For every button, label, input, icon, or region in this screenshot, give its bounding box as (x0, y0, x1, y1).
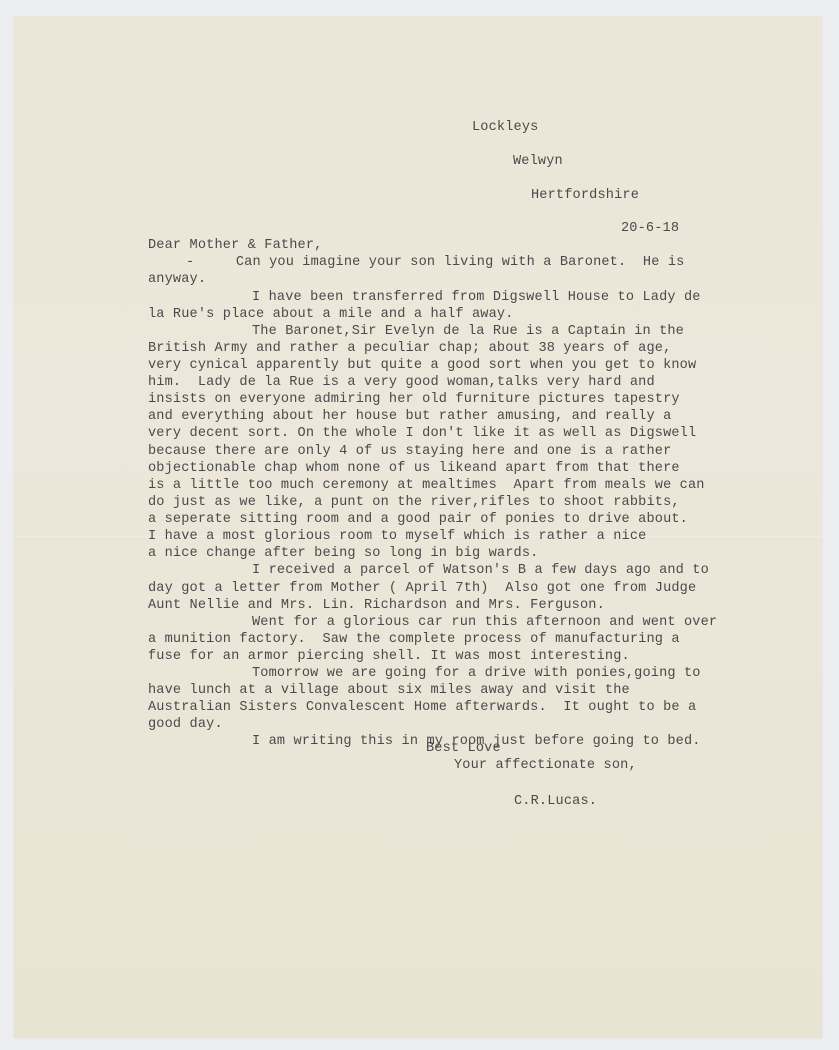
body-line: a nice change after being so long in big… (148, 545, 538, 562)
body-line: I have been transferred from Digswell Ho… (252, 289, 701, 306)
body-line: him. Lady de la Rue is a very good woman… (148, 374, 655, 391)
body-line: Australian Sisters Convalescent Home aft… (148, 699, 696, 716)
body-line: is a little too much ceremony at mealtim… (148, 477, 705, 494)
body-line: anyway. (148, 271, 206, 288)
body-line: The Baronet,Sir Evelyn de la Rue is a Ca… (252, 323, 684, 340)
body-line: a munition factory. Saw the complete pro… (148, 631, 680, 648)
body-line: la Rue's place about a mile and a half a… (148, 306, 514, 323)
closing-best-love: Best Love (426, 740, 501, 757)
body-line: because there are only 4 of us staying h… (148, 443, 671, 460)
body-line: have lunch at a village about six miles … (148, 682, 630, 699)
closing-affectionate-son: Your affectionate son, (454, 757, 637, 774)
body-line: insists on everyone admiring her old fur… (148, 391, 680, 408)
address-line-3: Hertfordshire (531, 187, 639, 204)
body-line: Aunt Nellie and Mrs. Lin. Richardson and… (148, 597, 605, 614)
signature: C.R.Lucas. (514, 793, 597, 810)
body-line: a seperate sitting room and a good pair … (148, 511, 688, 528)
address-line-2: Welwyn (513, 153, 563, 170)
body-line: I have a most glorious room to myself wh… (148, 528, 646, 545)
body-line: and everything about her house but rathe… (148, 408, 671, 425)
address-line-1: Lockleys (472, 119, 538, 136)
body-line: very decent sort. On the whole I don't l… (148, 425, 696, 442)
body-line: I received a parcel of Watson's B a few … (252, 562, 709, 579)
body-line: Went for a glorious car run this afterno… (252, 614, 717, 631)
body-line: very cynical apparently but quite a good… (148, 357, 696, 374)
letter-date: 20-6-18 (621, 220, 679, 237)
body-line: objectionable chap whom none of us likea… (148, 460, 680, 477)
body-line: day got a letter from Mother ( April 7th… (148, 580, 696, 597)
body-line: good day. (148, 716, 223, 733)
body-line: British Army and rather a peculiar chap;… (148, 340, 671, 357)
body-line: do just as we like, a punt on the river,… (148, 494, 680, 511)
body-line: fuse for an armor piercing shell. It was… (148, 648, 630, 665)
salutation: Dear Mother & Father, (148, 237, 322, 254)
body-line: Tomorrow we are going for a drive with p… (252, 665, 701, 682)
body-line: - Can you imagine your son living with a… (186, 254, 684, 271)
